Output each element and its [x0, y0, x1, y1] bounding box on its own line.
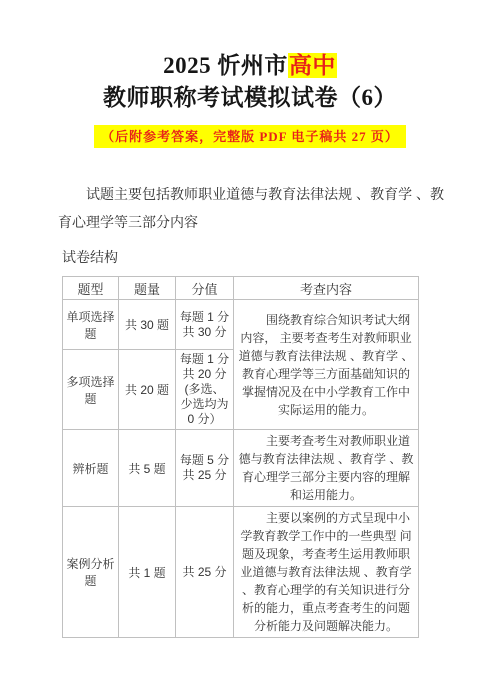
page-title: 2025 忻州市高中教师职称考试模拟试卷（6） — [0, 0, 500, 114]
title-highlight: 高中 — [288, 53, 337, 78]
title-suffix: 教师职称考试模拟试卷（6） — [103, 85, 397, 110]
cell-score: 共 25 分 — [176, 507, 234, 638]
cell-exam-content: 围绕教育综合知识考试大纲内容， 主要考查考生对教师职业道德与教育法律法规 、教育… — [234, 300, 419, 430]
cell-question-type: 案例分析题 — [63, 507, 119, 638]
intro-paragraph: 试题主要包括教师职业道德与教育法律法规 、教育学 、教育心理学等三部分内容 — [58, 180, 444, 236]
subtitle-text: （后附参考答案，完整版 PDF 电子稿共 27 页） — [94, 125, 406, 148]
cell-score: 每题 5 分共 25 分 — [176, 430, 234, 507]
cell-exam-content: 主要考查考生对教师职业道德与教育法律法规 、教育学 、教育心理学三部分主要内容的… — [234, 430, 419, 507]
col-header-quantity: 题量 — [119, 277, 176, 300]
cell-exam-content: 主要以案例的方式呈现中小学教育教学工作中的一些典型 问题及现象，考查考生运用教师… — [234, 507, 419, 638]
col-header-score: 分值 — [176, 277, 234, 300]
cell-score: 每题 1 分共 20 分(多选、少选均为 0 分） — [176, 350, 234, 430]
cell-quantity: 共 20 题 — [119, 350, 176, 430]
cell-question-type: 多项选择题 — [63, 350, 119, 430]
title-prefix: 2025 忻州市 — [163, 53, 288, 78]
cell-question-type: 辨析题 — [63, 430, 119, 507]
col-header-question-type: 题型 — [63, 277, 119, 300]
cell-score: 每题 1 分共 30 分 — [176, 300, 234, 350]
cell-quantity: 共 5 题 — [119, 430, 176, 507]
cell-question-type: 单项选择题 — [63, 300, 119, 350]
subtitle-note: （后附参考答案，完整版 PDF 电子稿共 27 页） — [0, 130, 500, 144]
table-row: 单项选择题 共 30 题 每题 1 分共 30 分 围绕教育综合知识考试大纲内容… — [63, 300, 419, 350]
table-header-row: 题型 题量 分值 考查内容 — [63, 277, 419, 300]
document-page: 2025 忻州市高中教师职称考试模拟试卷（6） （后附参考答案，完整版 PDF … — [0, 0, 500, 691]
table-row: 辨析题 共 5 题 每题 5 分共 25 分 主要考查考生对教师职业道德与教育法… — [63, 430, 419, 507]
section-title: 试卷结构 — [62, 247, 500, 267]
exam-structure-table: 题型 题量 分值 考查内容 单项选择题 共 30 题 每题 1 分共 30 分 … — [62, 276, 419, 638]
table-row: 案例分析题 共 1 题 共 25 分 主要以案例的方式呈现中小学教育教学工作中的… — [63, 507, 419, 638]
col-header-exam-content: 考查内容 — [234, 277, 419, 300]
cell-quantity: 共 30 题 — [119, 300, 176, 350]
cell-quantity: 共 1 题 — [119, 507, 176, 638]
